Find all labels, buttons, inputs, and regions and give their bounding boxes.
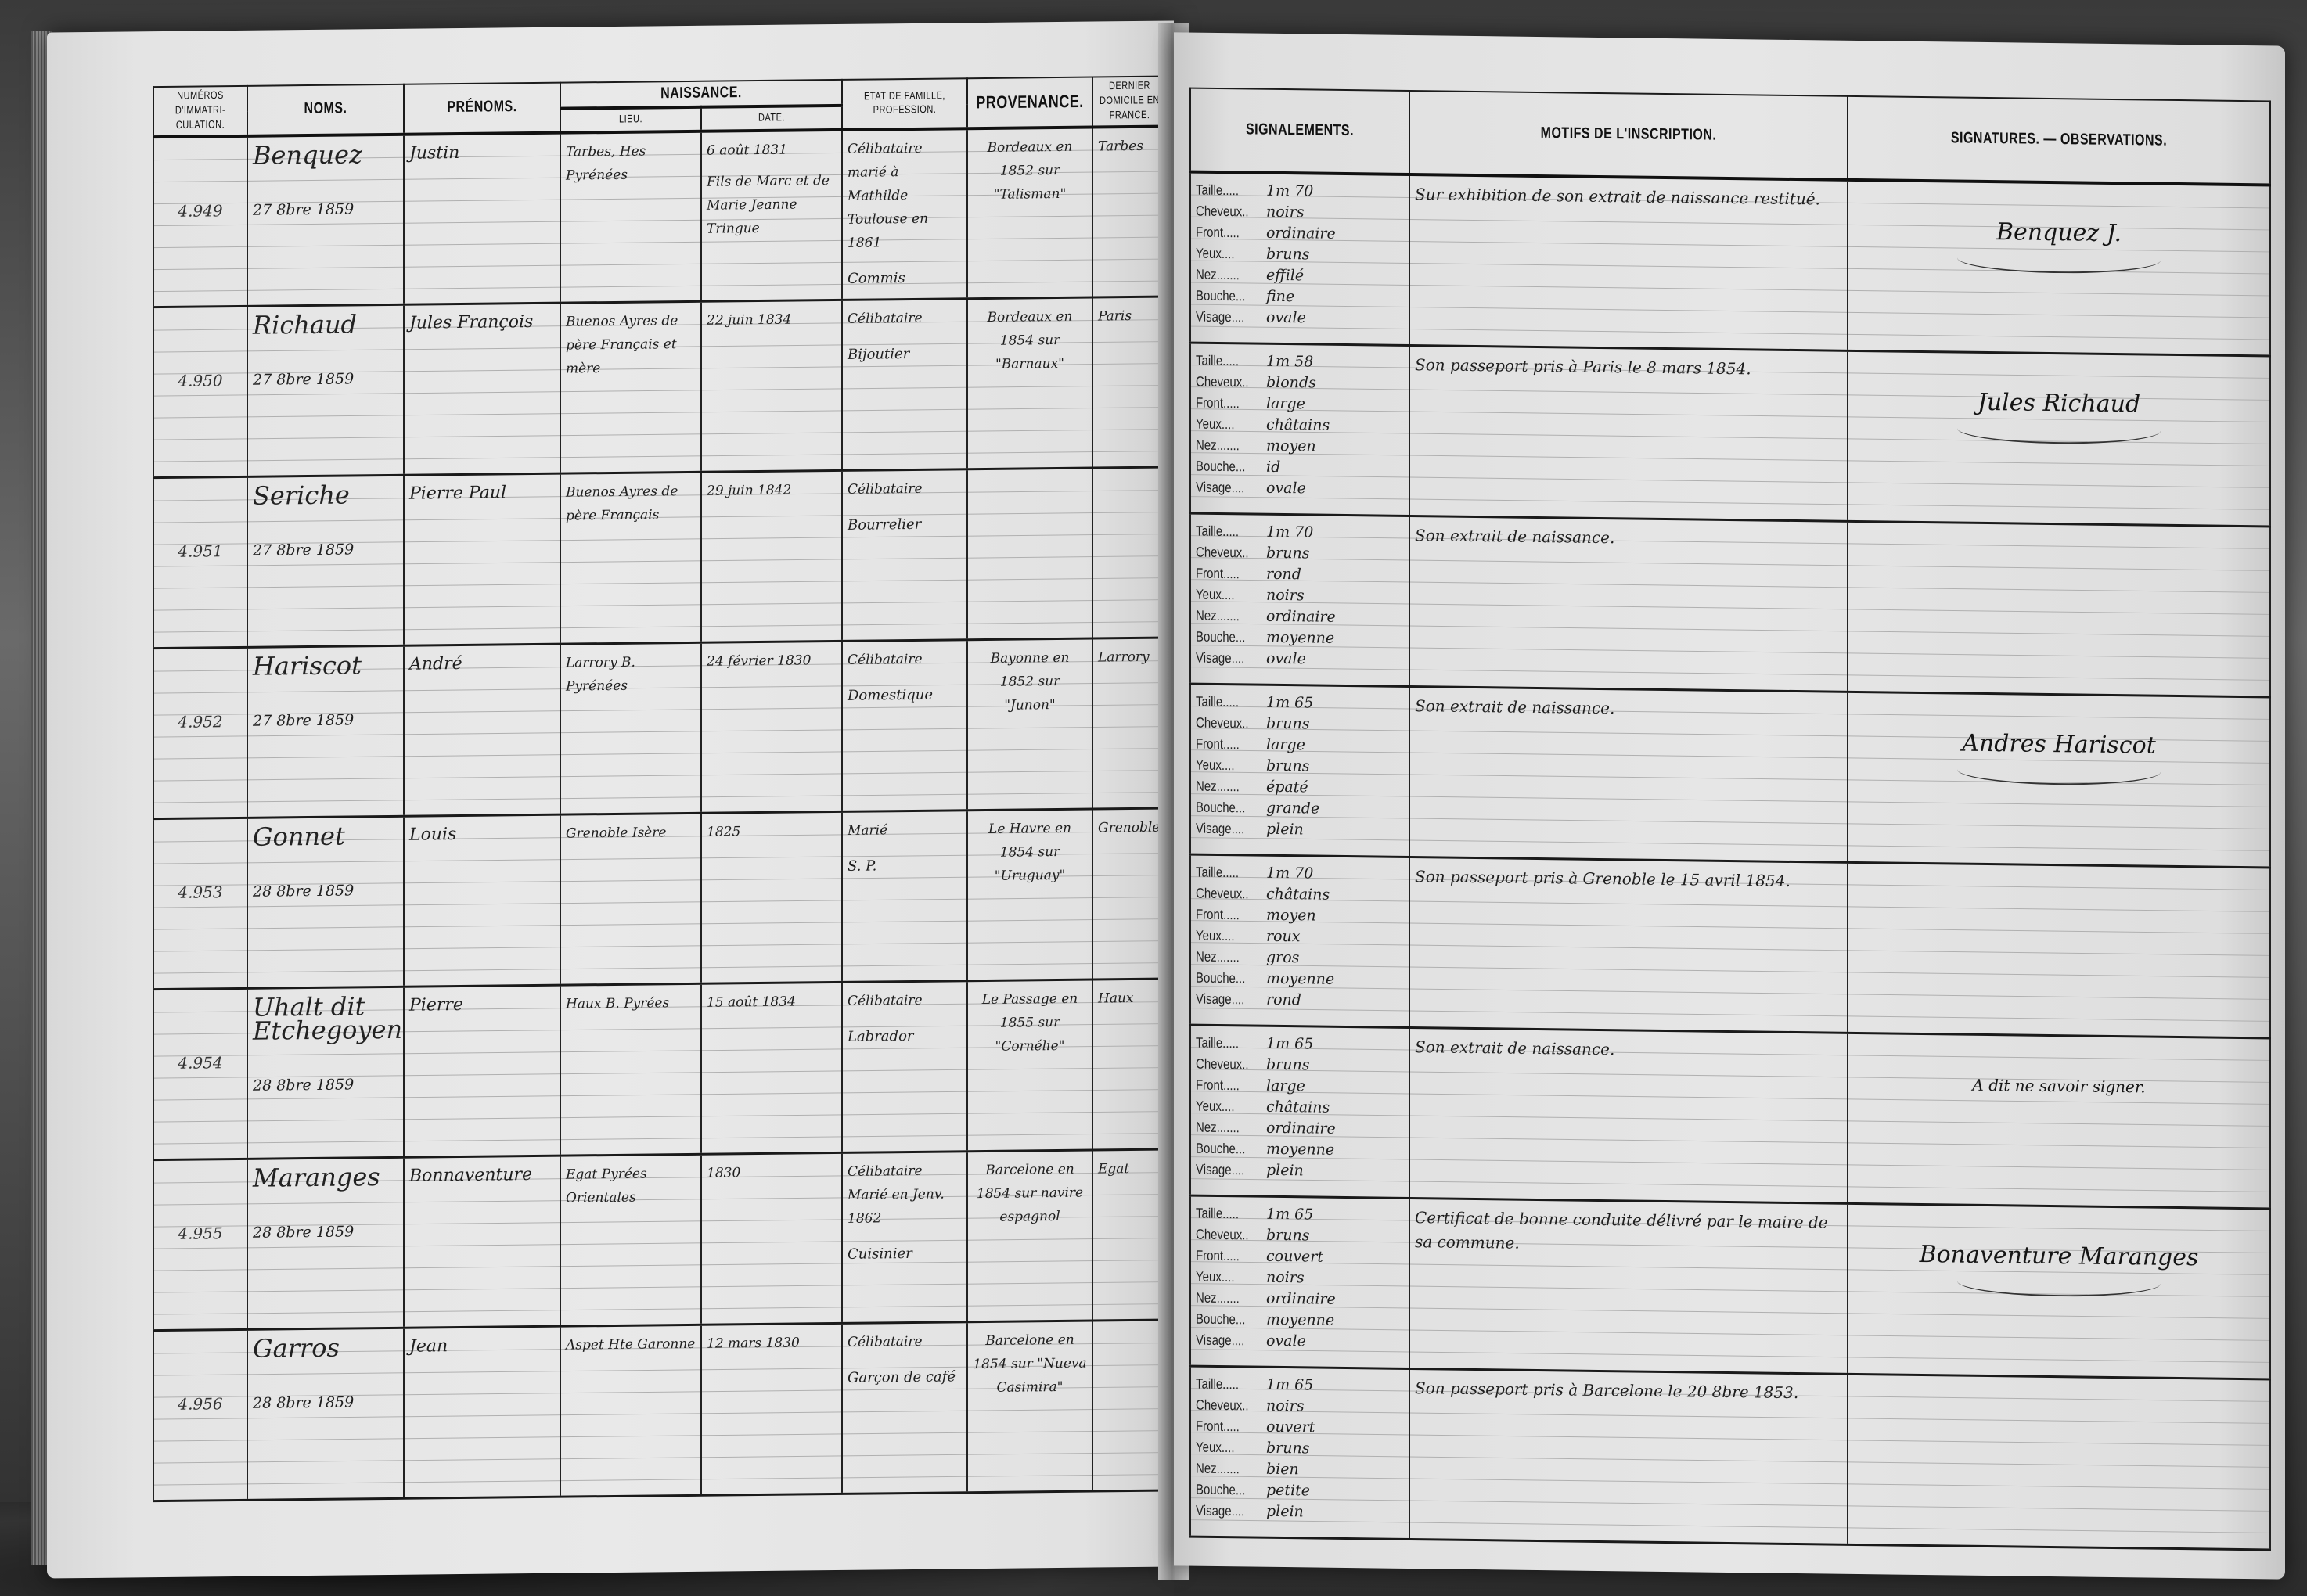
provenance: Bayonne en 1852 sur "Junon" (973, 646, 1087, 718)
cell-provenance: Barcelone en 1854 sur navire espagnol (967, 1150, 1092, 1322)
signalement-value: 1m 65 (1266, 1374, 1313, 1396)
register-entry-row: Taille.....1m 58Cheveux..blondsFront....… (1190, 343, 2270, 527)
cell-signature (1848, 1374, 2270, 1550)
signalement-value: couvert (1266, 1246, 1323, 1267)
cell-numero: 4.953 (153, 818, 247, 990)
profession: Bijoutier (848, 343, 962, 368)
cell-prenoms: André (404, 645, 560, 817)
signalement-value: moyenne (1266, 968, 1334, 990)
birth-date: 1830 (707, 1160, 837, 1185)
signalement-value: 1m 70 (1266, 862, 1313, 884)
marital-status: Célibataire (848, 989, 962, 1014)
signalement-value: large (1266, 734, 1305, 756)
surname: Gonnet (253, 824, 398, 849)
register-entry-row: Taille.....1m 65Cheveux..brunsFront.....… (1190, 684, 2270, 868)
surname: Richaud (253, 312, 398, 337)
cell-lieu: Egat Pyrées Orientales (560, 1155, 701, 1327)
inscription-motive: Son extrait de naissance. (1415, 696, 1614, 717)
cell-motif: Certificat de bonne conduite délivré par… (1409, 1198, 1848, 1374)
cell-date: 15 août 1834 (701, 983, 842, 1155)
last-domicile: Larrory (1098, 645, 1161, 670)
cell-nom: Richaud27 8bre 1859 (247, 305, 404, 477)
right-page: Signalements. Motifs de l'inscription. S… (1174, 32, 2285, 1579)
cell-provenance: Bordeaux en 1854 sur "Barnaux" (967, 297, 1092, 469)
signalement-label: Visage.... (1196, 1156, 1266, 1182)
cell-provenance (967, 468, 1092, 640)
cell-date: 12 mars 1830 (701, 1324, 842, 1496)
cell-signalement: Taille.....1m 58Cheveux..blondsFront....… (1190, 343, 1409, 516)
signature (1853, 559, 2265, 564)
cell-prenoms: Pierre Paul (404, 474, 560, 646)
cell-signature (1848, 862, 2270, 1038)
cell-motif: Son passeport pris à Paris le 8 mars 185… (1409, 345, 1848, 521)
cell-signature: Andres Hariscot (1848, 692, 2270, 868)
inscription-motive: Certificat de bonne conduite délivré par… (1415, 1208, 1828, 1253)
profession: Domestique (848, 684, 962, 709)
signalement-value: moyenne (1266, 1138, 1334, 1160)
matricule-number: 4.951 (159, 539, 242, 563)
last-domicile (1098, 1328, 1161, 1328)
inscription-motive: Son passeport pris à Grenoble le 15 avri… (1415, 867, 1791, 890)
cell-lieu: Haux B. Pyrées (560, 984, 701, 1156)
birth-place: Grenoble Isère (566, 821, 696, 846)
filiation (707, 1362, 837, 1364)
inscription-motive: Son passeport pris à Paris le 8 mars 185… (1415, 355, 1751, 378)
signalement-value: plein (1266, 818, 1304, 840)
register-entry-row: Taille.....1m 65Cheveux..noirsFront.....… (1190, 1366, 2270, 1550)
cell-signature: A dit ne savoir signer. (1848, 1033, 2270, 1209)
filiation (707, 850, 837, 852)
signature (1853, 900, 2265, 905)
provenance: Bordeaux en 1854 sur "Barnaux" (973, 305, 1087, 377)
signature-flourish (1957, 414, 2161, 444)
signature: Jules Richaud (1853, 389, 2265, 417)
cell-signature: Benquez J. (1848, 180, 2270, 356)
signalement-value: noirs (1266, 202, 1305, 224)
last-domicile: Paris (1098, 304, 1161, 329)
signalement-value: rond (1266, 563, 1301, 585)
signalement-label: Visage.... (1196, 474, 1266, 500)
signalement-value: noirs (1266, 1395, 1305, 1417)
cell-signalement: Taille.....1m 65Cheveux..brunsFront.....… (1190, 1195, 1409, 1368)
header-numeros: Numéros d'immatri-culation. (153, 80, 247, 143)
header-dernier-domicile: Dernier domicile en France. (1092, 70, 1167, 134)
signalement-value: moyen (1266, 904, 1316, 926)
cell-provenance: Barcelone en 1854 sur "Nueva Casimira" (967, 1321, 1092, 1493)
signalement-value: plein (1266, 1501, 1304, 1522)
signalement-value: 1m 65 (1266, 1033, 1313, 1055)
marital-status: Célibataire Marié en Jenv. 1862 (848, 1159, 962, 1231)
filiation (707, 1192, 837, 1193)
cell-etat: Célibataire Marié en Jenv. 1862Cuisinier (842, 1152, 967, 1324)
surname: Benquez (253, 142, 398, 167)
open-register-book: Numéros d'immatri-culation. Noms. Prénom… (31, 16, 2301, 1580)
signalement-label: Visage.... (1196, 1497, 1266, 1523)
cell-lieu: Grenoble Isère (560, 814, 701, 986)
inscription-motive: Son extrait de naissance. (1415, 1037, 1614, 1059)
marital-status: Célibataire (848, 477, 962, 502)
header-etat: Etat de famille, profession. (842, 72, 967, 135)
given-names: André (409, 654, 462, 674)
header-signatures: Signatures. — Observations. (1848, 85, 2270, 195)
signalement-value: ovale (1266, 477, 1306, 499)
provenance: Le Havre en 1854 sur "Uruguay" (973, 817, 1087, 889)
cell-dernier-domicile: Larrory (1092, 638, 1167, 809)
last-domicile (1098, 475, 1161, 476)
cell-signalement: Taille.....1m 65Cheveux..noirsFront.....… (1190, 1366, 1409, 1539)
given-names: Louis (409, 825, 456, 845)
signalement-label: Visage.... (1196, 1327, 1266, 1353)
given-names: Pierre (409, 995, 463, 1015)
cell-provenance: Bordeaux en 1852 sur "Talisman" (967, 127, 1092, 299)
signalement-value: effilé (1266, 265, 1304, 287)
cell-signature: Bonaventure Maranges (1848, 1203, 2270, 1379)
register-entry-row: Taille.....1m 65Cheveux..brunsFront.....… (1190, 1195, 2270, 1379)
register-entry-row: Taille.....1m 70Cheveux..brunsFront.....… (1190, 513, 2270, 697)
marital-status: Marié (848, 818, 962, 843)
signalement-value: moyenne (1266, 1309, 1334, 1331)
profession: Labrador (848, 1025, 962, 1050)
signalement-value: bruns (1266, 1054, 1309, 1076)
inscription-date: 27 8bre 1859 (253, 537, 398, 563)
header-date: Date. (701, 102, 842, 134)
surname: Maranges (253, 1165, 398, 1190)
cell-motif: Son passeport pris à Barcelone le 20 8br… (1409, 1368, 1848, 1544)
cell-dernier-domicile: Paris (1092, 297, 1167, 468)
filiation (707, 1021, 837, 1023)
cell-provenance: Le Havre en 1854 sur "Uruguay" (967, 809, 1092, 981)
signalement-value: ordinaire (1266, 1117, 1336, 1139)
cell-dernier-domicile: Tarbes (1092, 126, 1167, 297)
cell-lieu: Tarbes, Hes Pyrénées (560, 131, 701, 304)
cell-signature (1848, 521, 2270, 697)
cell-provenance: Bayonne en 1852 sur "Junon" (967, 638, 1092, 811)
header-provenance: Provenance. (967, 71, 1092, 135)
birth-date: 29 juin 1842 (707, 478, 837, 503)
cell-dernier-domicile (1092, 1320, 1167, 1491)
header-signalements: Signalements. (1190, 77, 1409, 185)
given-names: Justin (409, 143, 459, 164)
cell-numero: 4.956 (153, 1330, 247, 1501)
birth-date: 22 juin 1834 (707, 307, 837, 332)
signalement-value: bien (1266, 1458, 1299, 1480)
cell-numero: 4.952 (153, 648, 247, 819)
cell-nom: Benquez27 8bre 1859 (247, 135, 404, 307)
cell-date: 22 juin 1834 (701, 300, 842, 473)
cell-signalement: Taille.....1m 70Cheveux..châtainsFront..… (1190, 854, 1409, 1027)
signalement-value: ovale (1266, 1330, 1306, 1352)
provenance: Barcelone en 1854 sur "Nueva Casimira" (973, 1328, 1087, 1400)
inscription-motive: Son passeport pris à Barcelone le 20 8br… (1415, 1379, 1798, 1402)
cell-date: 1830 (701, 1153, 842, 1325)
cell-numero: 4.949 (153, 136, 247, 307)
inscription-motive: Son extrait de naissance. (1415, 526, 1614, 547)
signalement-value: châtains (1266, 414, 1330, 436)
signalement-value: grande (1266, 797, 1319, 819)
matricule-number: 4.956 (159, 1392, 242, 1416)
signalement-line: Visage....plein (1196, 1500, 1404, 1523)
cell-lieu: Buenos Ayres de père Français et mère (560, 302, 701, 474)
signature: Benquez J. (1853, 219, 2265, 247)
inscription-date: 27 8bre 1859 (253, 197, 398, 222)
cell-nom: Hariscot27 8bre 1859 (247, 646, 404, 818)
cell-date: 29 juin 1842 (701, 471, 842, 643)
cell-dernier-domicile (1092, 467, 1167, 638)
signalement-value: bruns (1266, 542, 1309, 564)
cell-dernier-domicile: Haux (1092, 979, 1167, 1150)
inscription-date: 27 8bre 1859 (253, 367, 398, 392)
signalement-value: moyen (1266, 435, 1316, 457)
cell-nom: Gonnet28 8bre 1859 (247, 817, 404, 989)
signalement-value: rond (1266, 989, 1301, 1011)
profession: Cuisinier (848, 1242, 962, 1267)
signalement-value: ouvert (1266, 1416, 1315, 1438)
register-entry-row: 4.951Seriche27 8bre 1859Pierre PaulBueno… (153, 467, 1167, 649)
surname: Seriche (253, 483, 398, 508)
header-prenoms: Prénoms. (404, 77, 560, 141)
inscription-date: 27 8bre 1859 (253, 708, 398, 733)
header-motifs: Motifs de l'inscription. (1409, 81, 1848, 191)
birth-place: Buenos Ayres de père Français (566, 480, 696, 528)
last-domicile: Tarbes (1098, 134, 1161, 158)
cell-prenoms: Jean (404, 1327, 560, 1499)
signature: Bonaventure Maranges (1853, 1242, 2265, 1270)
header-lieu: Lieu. (560, 104, 701, 135)
surname: Hariscot (253, 653, 398, 678)
cell-motif: Sur exhibition de son extrait de naissan… (1409, 174, 1848, 350)
signalement-value: large (1266, 393, 1305, 415)
signalement-value: ordinaire (1266, 223, 1336, 245)
surname: Uhalt dit Etchegoyen (253, 994, 398, 1043)
birth-place: Haux B. Pyrées (566, 991, 696, 1016)
signature (1853, 1412, 2265, 1417)
cell-dernier-domicile: Grenoble (1092, 808, 1167, 980)
signature: Andres Hariscot (1853, 730, 2265, 758)
signature-flourish (1957, 244, 2161, 275)
last-domicile: Grenoble (1098, 816, 1161, 840)
cell-nom: Uhalt dit Etchegoyen28 8bre 1859 (247, 987, 404, 1159)
signalement-label: Visage.... (1196, 304, 1266, 330)
register-entry-row: Taille.....1m 70Cheveux..châtainsFront..… (1190, 854, 2270, 1038)
matricule-number: 4.954 (159, 1051, 242, 1075)
inscription-date: 28 8bre 1859 (253, 1073, 398, 1098)
cell-etat: CélibataireBijoutier (842, 299, 967, 471)
birth-place: Tarbes, Hes Pyrénées (566, 139, 696, 188)
signalement-value: 1m 70 (1266, 181, 1313, 203)
cell-signature: Jules Richaud (1848, 350, 2270, 527)
cell-nom: Garros28 8bre 1859 (247, 1328, 404, 1501)
signalement-line: Visage....ovale (1196, 307, 1404, 330)
signalement-value: noirs (1266, 1267, 1305, 1289)
cell-nom: Maranges28 8bre 1859 (247, 1158, 404, 1330)
provenance: Le Passage en 1855 sur "Cornélie" (973, 987, 1087, 1059)
provenance: Barcelone en 1854 sur navire espagnol (973, 1158, 1087, 1230)
register-entry-row: 4.952Hariscot27 8bre 1859AndréLarrory B.… (153, 638, 1167, 819)
signature-flourish (1957, 755, 2161, 785)
signalement-value: petite (1266, 1479, 1310, 1501)
signalement-value: id (1266, 456, 1280, 477)
given-names: Jules François (409, 312, 533, 333)
register-entry-row: 4.949Benquez27 8bre 1859JustinTarbes, He… (153, 126, 1167, 307)
signalement-value: châtains (1266, 883, 1330, 905)
signalement-value: roux (1266, 926, 1300, 947)
cell-motif: Son extrait de naissance. (1409, 516, 1848, 692)
signalement-value: fine (1266, 286, 1294, 307)
register-entry-row: 4.955Maranges28 8bre 1859BonnaventureEga… (153, 1149, 1167, 1331)
signalement-label: Visage.... (1196, 645, 1266, 670)
cell-motif: Son extrait de naissance. (1409, 686, 1848, 862)
cell-prenoms: Bonnaventure (404, 1156, 560, 1328)
signalement-line: Visage....ovale (1196, 1329, 1404, 1353)
matricule-number: 4.950 (159, 368, 242, 393)
marital-status: Célibataire marié à Mathilde Toulouse en… (848, 136, 962, 255)
given-names: Pierre Paul (409, 483, 506, 504)
birth-date: 24 février 1830 (707, 649, 837, 674)
profession: S. P. (848, 854, 962, 879)
signalement-value: épaté (1266, 776, 1308, 798)
filiation (707, 680, 837, 681)
surname: Garros (253, 1335, 398, 1361)
signalement-value: large (1266, 1075, 1305, 1097)
signalement-value: bruns (1266, 244, 1309, 266)
profession: Commis (848, 266, 962, 291)
inscription-date: 28 8bre 1859 (253, 1390, 398, 1415)
register-entry-row: 4.950Richaud27 8bre 1859Jules FrançoisBu… (153, 297, 1167, 478)
signalement-value: bruns (1266, 1224, 1309, 1246)
cell-etat: Célibataire marié à Mathilde Toulouse en… (842, 128, 967, 300)
birth-place: Buenos Ayres de père Français et mère (566, 309, 696, 381)
register-entry-row: Taille.....1m 65Cheveux..brunsFront.....… (1190, 1025, 2270, 1209)
birth-date: 12 mars 1830 (707, 1331, 837, 1356)
cell-numero: 4.950 (153, 307, 247, 478)
cell-nom: Seriche27 8bre 1859 (247, 476, 404, 648)
cell-etat: CélibataireBourrelier (842, 469, 967, 642)
cell-etat: MariéS. P. (842, 811, 967, 983)
signalement-line: Visage....plein (1196, 818, 1404, 841)
inscription-date: 28 8bre 1859 (253, 879, 398, 904)
cell-prenoms: Justin (404, 133, 560, 305)
signalement-value: 1m 65 (1266, 1203, 1313, 1225)
filiation: Fils de Marc et de Marie Jeanne Tringue (707, 169, 837, 241)
marital-status: Célibataire (848, 648, 962, 673)
given-names: Bonnaventure (409, 1165, 532, 1186)
left-register-table: Numéros d'immatri-culation. Noms. Prénom… (153, 76, 1168, 1503)
cell-signalement: Taille.....1m 70Cheveux..brunsFront.....… (1190, 513, 1409, 686)
signalement-value: ovale (1266, 307, 1306, 329)
cell-lieu: Buenos Ayres de père Français (560, 473, 701, 645)
matricule-number: 4.955 (159, 1221, 242, 1246)
cell-etat: CélibataireGarçon de café (842, 1322, 967, 1494)
marital-status: Célibataire (848, 307, 962, 332)
cell-lieu: Aspet Hte Garonne (560, 1325, 701, 1497)
signalement-value: moyenne (1266, 627, 1334, 649)
signalement-value: gros (1266, 947, 1299, 969)
cell-prenoms: Louis (404, 815, 560, 987)
signalement-label: Visage.... (1196, 815, 1266, 841)
birth-date: 6 août 1831 (707, 138, 837, 163)
profession: Bourrelier (848, 513, 962, 538)
signalement-value: ordinaire (1266, 606, 1336, 627)
marital-status: Célibataire (848, 1330, 962, 1355)
register-entry-row: 4.956Garros28 8bre 1859JeanAspet Hte Gar… (153, 1320, 1167, 1501)
given-names: Jean (409, 1337, 448, 1357)
signalement-value: 1m 58 (1266, 350, 1313, 372)
cell-date: 1825 (701, 812, 842, 984)
signalement-value: blonds (1266, 372, 1316, 394)
signalement-value: 1m 70 (1266, 521, 1313, 543)
signalement-line: Visage....ovale (1196, 647, 1404, 670)
profession: Garçon de café (848, 1366, 962, 1391)
cell-numero: 4.955 (153, 1159, 247, 1331)
signalement-label: Visage.... (1196, 986, 1266, 1012)
cell-etat: CélibataireLabrador (842, 981, 967, 1153)
signature: A dit ne savoir signer. (1853, 1071, 2265, 1099)
signature-flourish (1957, 1267, 2161, 1297)
register-entry-row: 4.954Uhalt dit Etchegoyen28 8bre 1859Pie… (153, 979, 1167, 1160)
signalement-line: Visage....ovale (1196, 476, 1404, 500)
signalement-value: noirs (1266, 584, 1305, 606)
birth-date: 15 août 1834 (707, 990, 837, 1015)
birth-place: Egat Pyrées Orientales (566, 1162, 696, 1210)
signalement-value: plein (1266, 1159, 1304, 1181)
cell-dernier-domicile: Egat (1092, 1149, 1167, 1321)
signalement-value: ordinaire (1266, 1288, 1336, 1310)
signalement-value: bruns (1266, 755, 1309, 777)
signalement-value: ovale (1266, 648, 1306, 670)
cell-numero: 4.951 (153, 477, 247, 649)
provenance (973, 476, 1087, 477)
birth-date: 1825 (707, 819, 837, 844)
last-domicile: Egat (1098, 1157, 1161, 1181)
filiation (707, 339, 837, 340)
register-entry-row: Taille.....1m 70Cheveux..noirsFront.....… (1190, 172, 2270, 356)
signalement-value: 1m 65 (1266, 692, 1313, 714)
register-entry-row: 4.953Gonnet28 8bre 1859LouisGrenoble Isè… (153, 808, 1167, 990)
cell-date: 24 février 1830 (701, 642, 842, 814)
left-page: Numéros d'immatri-culation. Noms. Prénom… (47, 20, 1174, 1578)
provenance: Bordeaux en 1852 sur "Talisman" (973, 135, 1087, 207)
cell-lieu: Larrory B. Pyrénées (560, 643, 701, 815)
cell-motif: Son passeport pris à Grenoble le 15 avri… (1409, 857, 1848, 1033)
matricule-number: 4.952 (159, 710, 242, 734)
signalement-line: Visage....rond (1196, 988, 1404, 1012)
birth-place: Larrory B. Pyrénées (566, 650, 696, 699)
signalement-value: châtains (1266, 1096, 1330, 1118)
cell-numero: 4.954 (153, 989, 247, 1160)
cell-signalement: Taille.....1m 65Cheveux..brunsFront.....… (1190, 1025, 1409, 1198)
cell-etat: CélibataireDomestique (842, 640, 967, 812)
cell-prenoms: Jules François (404, 304, 560, 476)
cell-signalement: Taille.....1m 65Cheveux..brunsFront.....… (1190, 684, 1409, 857)
inscription-date: 28 8bre 1859 (253, 1220, 398, 1245)
signalement-value: bruns (1266, 713, 1309, 735)
cell-motif: Son extrait de naissance. (1409, 1027, 1848, 1203)
signalement-value: bruns (1266, 1437, 1309, 1459)
cell-signalement: Taille.....1m 70Cheveux..noirsFront.....… (1190, 172, 1409, 345)
filiation (707, 509, 837, 511)
cell-prenoms: Pierre (404, 986, 560, 1158)
cell-provenance: Le Passage en 1855 sur "Cornélie" (967, 980, 1092, 1152)
header-noms: Noms. (247, 78, 404, 142)
right-register-table: Signalements. Motifs de l'inscription. S… (1189, 88, 2271, 1551)
cell-date: 6 août 1831Fils de Marc et de Marie Jean… (701, 130, 842, 302)
matricule-number: 4.953 (159, 880, 242, 904)
birth-place: Aspet Hte Garonne (566, 1332, 696, 1357)
matricule-number: 4.949 (159, 199, 242, 223)
last-domicile: Haux (1098, 987, 1161, 1011)
signalement-line: Visage....plein (1196, 1159, 1404, 1182)
